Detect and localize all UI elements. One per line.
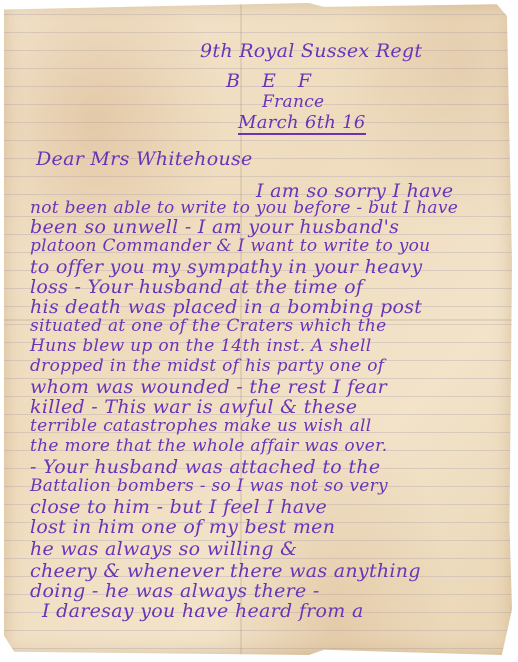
header-country: France: [262, 92, 324, 112]
letter-line: - Your husband was attached to the: [30, 456, 380, 478]
letter-line: situated at one of the Craters which the: [30, 316, 387, 336]
salutation: Dear Mrs Whitehouse: [36, 148, 253, 170]
letter-line: to offer you my sympathy in your heavy: [30, 256, 422, 278]
letter-line: loss - Your husband at the time of: [30, 276, 363, 298]
letter-line: whom was wounded - the rest I fear: [30, 376, 387, 398]
letter-line: terrible catastrophes make us wish all: [30, 416, 372, 436]
letter-line: doing - he was always there -: [30, 580, 320, 602]
letter-line: Battalion bombers - so I was not so very: [30, 476, 388, 496]
letter-line: dropped in the midst of his party one of: [30, 356, 384, 376]
letter-line: platoon Commander & I want to write to y…: [30, 236, 430, 256]
header-force: B E F: [226, 70, 319, 92]
letter-line: not been able to write to you before - b…: [30, 198, 458, 218]
letter-line: Huns blew up on the 14th inst. A shell: [30, 336, 372, 356]
letter-line: he was always so willing &: [30, 538, 297, 560]
letter-line: cheery & whenever there was anything: [30, 560, 421, 582]
header-date: March 6th 16: [238, 112, 366, 135]
letter-line: been so unwell - I am your husband's: [30, 216, 399, 238]
letter-line: killed - This war is awful & these: [30, 396, 357, 418]
letter-line: close to him - but I feel I have: [30, 496, 327, 518]
letter-line: the more that the whole affair was over.: [30, 436, 387, 456]
letter-line: his death was placed in a bombing post: [30, 296, 422, 318]
header-unit: 9th Royal Sussex Regt: [200, 40, 422, 62]
letter-line: I daresay you have heard from a: [42, 600, 364, 622]
letter-line: lost in him one of my best men: [30, 516, 335, 538]
